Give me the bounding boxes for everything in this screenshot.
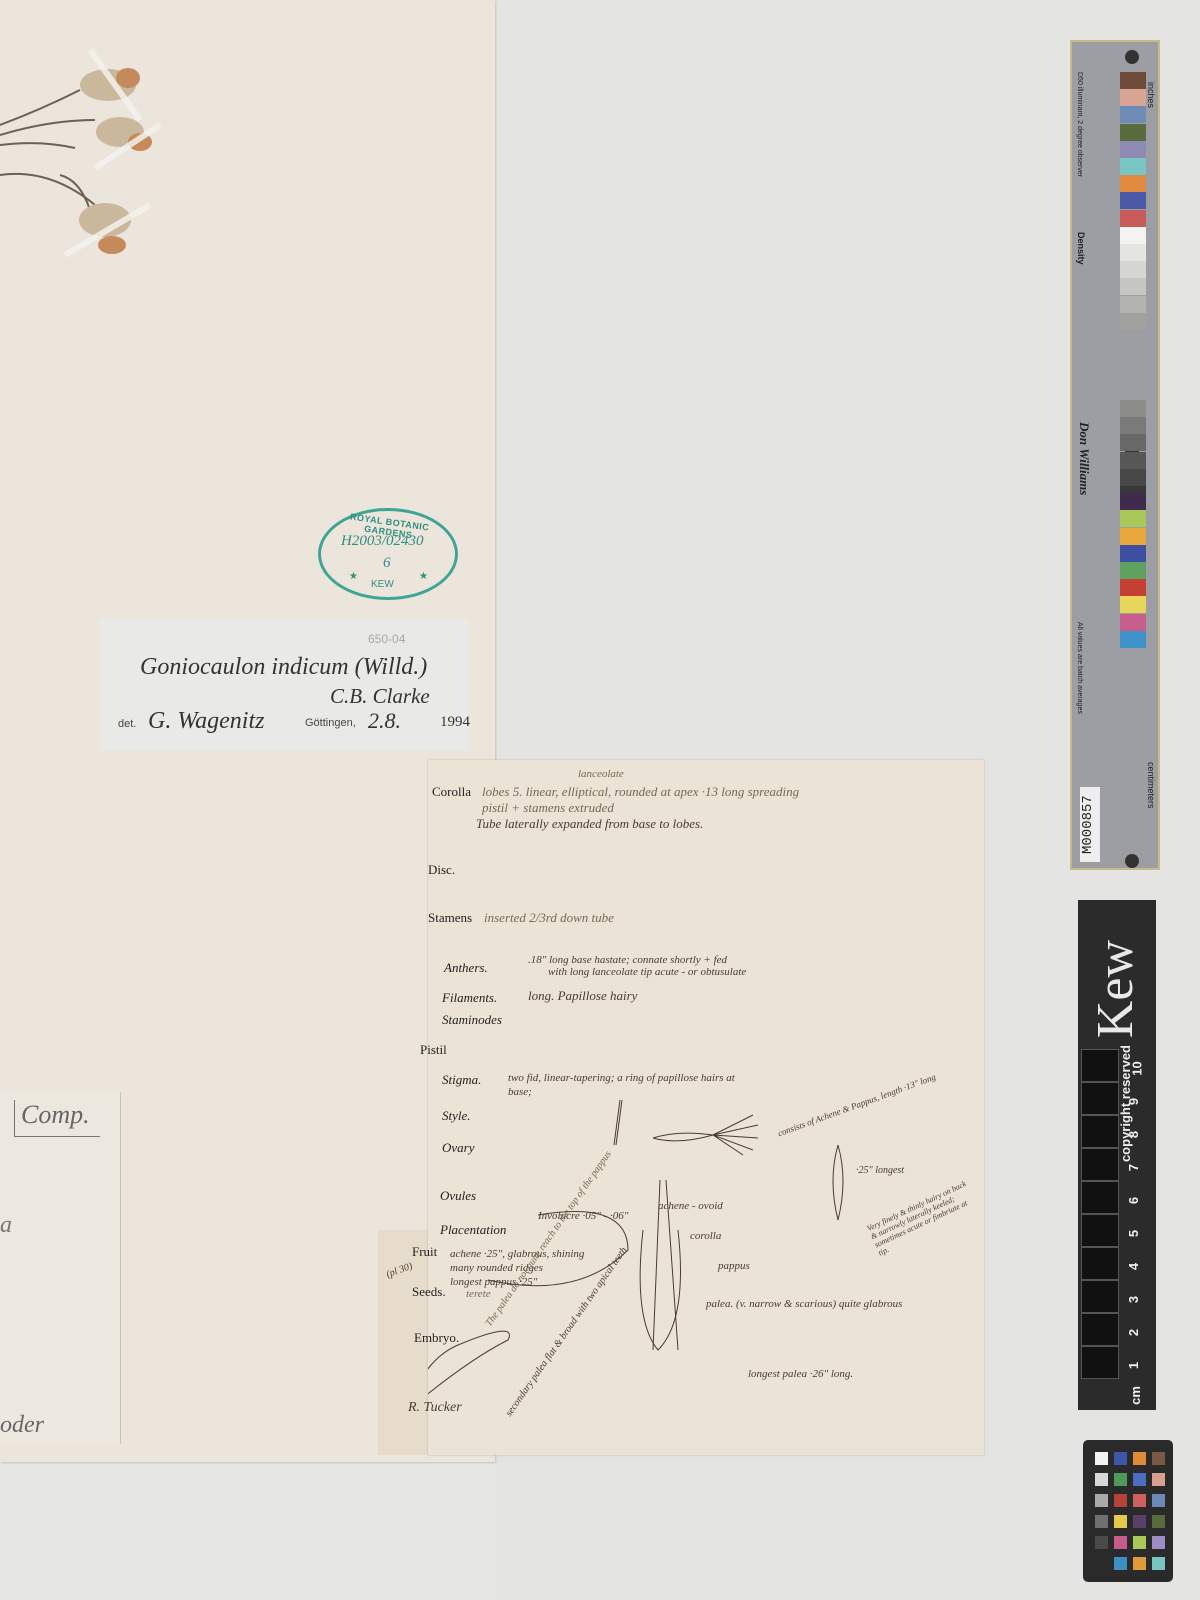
stamp-sub-number: 6	[383, 555, 391, 572]
ruler-tick-label: 9	[1126, 1098, 1141, 1105]
kew-accession-stamp: ROYAL BOTANIC GARDENS H2003/02430 6 ★ KE…	[318, 508, 458, 600]
descriptive-notes-sheet: Corolla Disc. Stamens Anthers. Filaments…	[428, 760, 984, 1455]
ruler-tick-label: 2	[1126, 1329, 1141, 1336]
color-swatch	[1120, 244, 1146, 261]
color-swatch	[1120, 261, 1146, 278]
checker-patch	[1133, 1473, 1146, 1486]
ruler-segment	[1081, 1049, 1119, 1082]
ruler-tick-label: 6	[1126, 1197, 1141, 1204]
det-prefix: det.	[118, 718, 136, 730]
checker-patch	[1114, 1452, 1127, 1465]
stamp-accession-number: H2003/02430	[341, 533, 424, 550]
registration-dot-icon	[1125, 50, 1139, 64]
ruler-tick-label: 8	[1126, 1131, 1141, 1138]
batch-note: All values are batch averages	[1076, 622, 1083, 714]
checker-patch	[1095, 1557, 1108, 1570]
family-label: Comp. a oder	[0, 1092, 121, 1444]
checker-patch	[1152, 1494, 1165, 1507]
color-swatch	[1120, 72, 1146, 89]
color-swatch	[1120, 175, 1146, 192]
determination-year: 1994	[440, 714, 470, 731]
checker-patch	[1133, 1494, 1146, 1507]
color-swatch	[1120, 596, 1146, 613]
kew-scale-ruler: Kew copyright reserved 12345678910 cm	[1078, 900, 1156, 1410]
color-swatch	[1120, 469, 1146, 486]
color-swatch	[1120, 562, 1146, 579]
checker-patch	[1133, 1557, 1146, 1570]
ruler-tick-label: 4	[1126, 1263, 1141, 1270]
checker-patch	[1114, 1515, 1127, 1528]
checker-patch	[1152, 1536, 1165, 1549]
checker-patch	[1095, 1473, 1108, 1486]
botanical-sketches	[428, 760, 984, 1455]
stamp-location: KEW	[371, 579, 394, 590]
checker-patch	[1095, 1536, 1108, 1549]
color-swatch	[1120, 417, 1146, 434]
unit-label-cm: cm	[1128, 1386, 1143, 1405]
color-swatch	[1120, 493, 1146, 510]
ruler-tick-label: 5	[1126, 1230, 1141, 1237]
determination-date: 2.8.	[368, 708, 401, 734]
color-swatch	[1120, 579, 1146, 596]
color-checker-card	[1083, 1440, 1173, 1582]
checker-patch	[1133, 1536, 1146, 1549]
color-calibration-bar: inches D50 illuminant, 2 degree observer…	[1070, 40, 1160, 870]
taxon-authority: C.B. Clarke	[330, 684, 430, 709]
taxon-name: Goniocaulon indicum (Willd.)	[140, 654, 427, 681]
color-swatch	[1120, 631, 1146, 648]
checker-patch	[1114, 1494, 1127, 1507]
color-swatch	[1120, 510, 1146, 527]
checker-patch	[1152, 1473, 1165, 1486]
units-label-centimeters: centimeters	[1146, 762, 1156, 809]
ruler-segment	[1081, 1181, 1119, 1214]
ruler-segment	[1081, 1280, 1119, 1313]
color-swatch	[1120, 545, 1146, 562]
ruler-tick-label: 7	[1126, 1164, 1141, 1171]
family-name: Comp.	[14, 1100, 100, 1137]
color-swatch	[1120, 434, 1146, 451]
color-swatch	[1120, 210, 1146, 227]
color-swatch	[1120, 528, 1146, 545]
units-label-inches: inches	[1146, 82, 1156, 108]
color-swatch	[1120, 227, 1146, 244]
density-label: Density	[1076, 232, 1086, 265]
checker-patch	[1114, 1473, 1127, 1486]
ruler-segment	[1081, 1247, 1119, 1280]
star-icon: ★	[349, 571, 358, 582]
ruler-segment	[1081, 1214, 1119, 1247]
star-icon: ★	[419, 571, 428, 582]
determination-label: 650-04 Goniocaulon indicum (Willd.) C.B.…	[100, 620, 468, 750]
label-code: 650-04	[368, 632, 405, 646]
barcode-label: M000857	[1080, 787, 1100, 862]
checker-patch	[1152, 1452, 1165, 1465]
checker-patch	[1114, 1557, 1127, 1570]
checker-patch	[1133, 1452, 1146, 1465]
checker-patch	[1152, 1557, 1165, 1570]
checker-patch	[1152, 1515, 1165, 1528]
checker-patch	[1095, 1515, 1108, 1528]
determination-place: Göttingen,	[305, 717, 356, 729]
label-fragment: a	[0, 1212, 12, 1239]
color-swatch	[1120, 158, 1146, 175]
ruler-segment	[1081, 1313, 1119, 1346]
color-swatch	[1120, 278, 1146, 295]
color-swatch	[1120, 313, 1146, 330]
color-swatch	[1120, 452, 1146, 469]
color-swatch	[1120, 124, 1146, 141]
ruler-segment	[1081, 1346, 1119, 1379]
color-swatch	[1120, 296, 1146, 313]
pressed-plant-specimen	[0, 40, 170, 260]
checker-patch	[1095, 1452, 1108, 1465]
color-swatch	[1120, 106, 1146, 123]
illuminant-label: D50 illuminant, 2 degree observer	[1076, 72, 1083, 177]
kew-logo: Kew	[1086, 940, 1145, 1038]
registration-dot-icon	[1125, 854, 1139, 868]
color-swatch	[1120, 192, 1146, 209]
checker-patch	[1133, 1515, 1146, 1528]
checker-patch	[1114, 1536, 1127, 1549]
ruler-segment	[1081, 1115, 1119, 1148]
color-swatch	[1120, 89, 1146, 106]
ruler-tick-label: 10	[1130, 1061, 1145, 1075]
color-swatch	[1120, 141, 1146, 158]
label-fragment: oder	[0, 1412, 44, 1439]
ruler-segment	[1081, 1082, 1119, 1115]
color-swatch	[1120, 400, 1146, 417]
color-swatch	[1120, 614, 1146, 631]
determiner-name: G. Wagenitz	[148, 708, 264, 735]
checker-patch	[1095, 1494, 1108, 1507]
brand-label: Don Williams	[1076, 422, 1092, 495]
ruler-tick-label: 3	[1126, 1296, 1141, 1303]
ruler-segment	[1081, 1148, 1119, 1181]
ruler-tick-label: 1	[1126, 1362, 1141, 1369]
